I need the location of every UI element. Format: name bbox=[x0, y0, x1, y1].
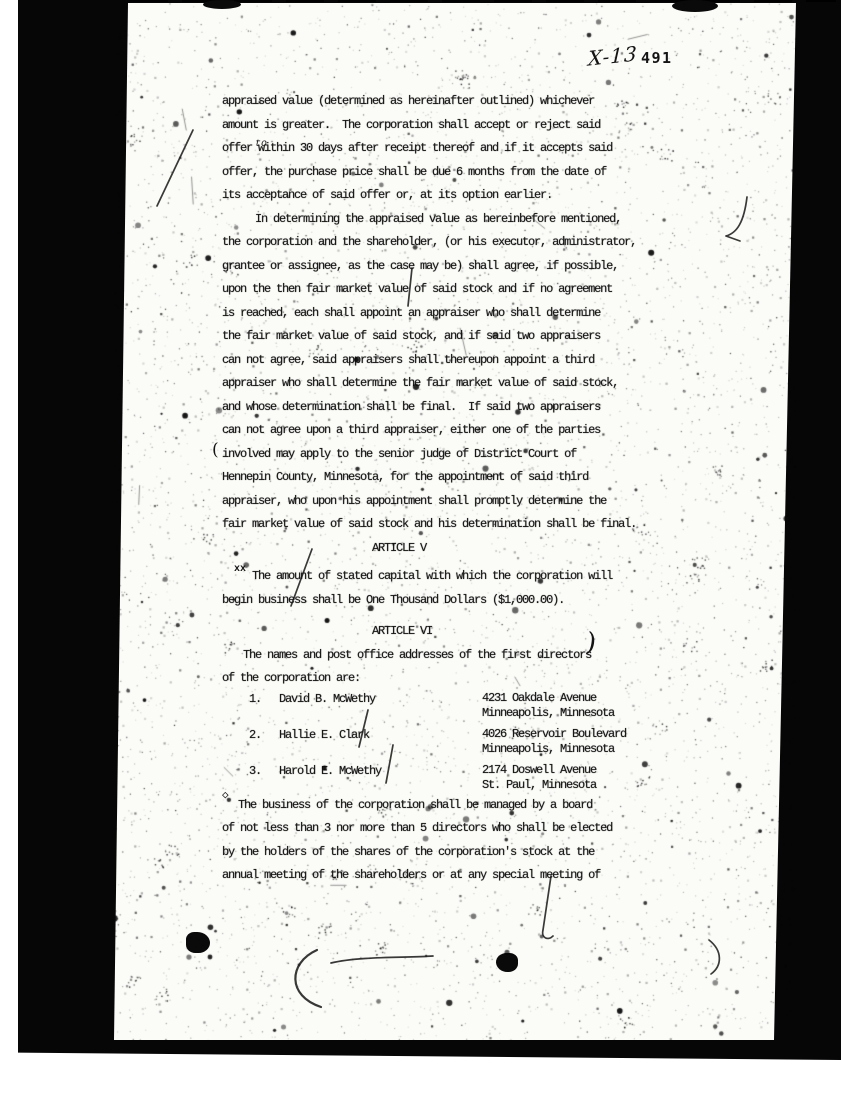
page-number-stamp: 491 bbox=[641, 49, 673, 67]
document-line: of the corporation are: bbox=[222, 667, 797, 691]
document-line: offer, the purchase price shall be due 6… bbox=[222, 161, 797, 185]
document-line: In determining the appraised value as he… bbox=[222, 208, 797, 232]
document-line: of not less than 3 nor more than 5 direc… bbox=[222, 817, 797, 841]
article-v-heading: ARTICLE V bbox=[222, 537, 797, 561]
document-line: fair market value of said stock and his … bbox=[222, 513, 797, 537]
director-number: 3. bbox=[249, 764, 261, 779]
overtype-strike: xx bbox=[234, 564, 246, 575]
document-line: begin business shall be One Thousand Dol… bbox=[222, 589, 797, 613]
document-line: the fair market value of said stock, and… bbox=[222, 325, 797, 349]
document-line: The names and post office addresses of t… bbox=[222, 644, 797, 668]
director-number: 2. bbox=[249, 728, 261, 743]
document-line: can not agree, said appraisers shall the… bbox=[222, 349, 797, 373]
scan-artifact-blob bbox=[203, 0, 241, 9]
director-row: 1. David B. McWethy 4231 Oakdale Avenue … bbox=[222, 691, 797, 727]
document-line: by the holders of the shares of the corp… bbox=[222, 841, 797, 865]
document-line: Hennepin County, Minnesota, for the appo… bbox=[222, 466, 797, 490]
document-line: appraised value (determined as hereinaft… bbox=[222, 90, 797, 114]
document-line: upon the then fair market value of said … bbox=[222, 278, 797, 302]
director-address: Minneapolis, Minnesota bbox=[482, 742, 614, 757]
document-line: and whose determination shall be final. … bbox=[222, 396, 797, 420]
director-row: 3. Harold E. McWethy 2174 Doswell Avenue… bbox=[222, 763, 797, 799]
director-row: 2. Hallie E. Clark 4026 Reservoir Boulev… bbox=[222, 727, 797, 763]
director-address: St. Paul, Minnesota bbox=[482, 778, 596, 793]
scan-artifact-blob bbox=[496, 953, 518, 972]
margin-diamond-mark: ◇ bbox=[222, 788, 229, 802]
document-line: appraiser who shall determine the fair m… bbox=[222, 372, 797, 396]
typewritten-content: appraised value (determined as hereinaft… bbox=[222, 90, 797, 888]
director-number: 1. bbox=[249, 692, 261, 707]
document-line: amount is greater. The corporation shall… bbox=[222, 114, 797, 138]
director-name: Hallie E. Clark bbox=[279, 728, 369, 743]
director-address: 2174 Doswell Avenue bbox=[482, 763, 596, 778]
document-line: offer within 30 days after receipt there… bbox=[222, 137, 797, 161]
director-name: Harold E. McWethy bbox=[279, 764, 381, 779]
document-line: can not agree upon a third appraiser, ei… bbox=[222, 419, 797, 443]
director-address: 4026 Reservoir Boulevard bbox=[482, 727, 626, 742]
director-name: David B. McWethy bbox=[279, 692, 375, 707]
document-line: annual meeting of the shareholders or at… bbox=[222, 864, 797, 888]
document-line: involved may apply to the senior judge o… bbox=[222, 443, 797, 467]
document-line: the corporation and the shareholder, (or… bbox=[222, 231, 797, 255]
document-line: The amount of stated capital with which … bbox=[222, 565, 797, 589]
article-vi-heading: ARTICLE VI bbox=[222, 620, 797, 644]
document-page: appraised value (determined as hereinaft… bbox=[114, 3, 796, 1040]
document-line: grantee or assignee, as the case may be)… bbox=[222, 255, 797, 279]
document-line: its acceptance of said offer or, at its … bbox=[222, 184, 797, 208]
document-line: appraiser, who upon his appointment shal… bbox=[222, 490, 797, 514]
closing-paragraph: The business of the corporation shall be… bbox=[222, 794, 797, 888]
directors-list: 1. David B. McWethy 4231 Oakdale Avenue … bbox=[222, 691, 797, 799]
director-address: Minneapolis, Minnesota bbox=[482, 706, 614, 721]
scan-artifact-blob bbox=[186, 932, 210, 953]
scan-artifact-blob bbox=[672, 0, 718, 12]
document-line: is reached, each shall appoint an apprai… bbox=[222, 302, 797, 326]
overtype-correction: to bbox=[255, 139, 267, 150]
margin-paren-mark: ( bbox=[212, 440, 219, 460]
director-address: 4231 Oakdale Avenue bbox=[482, 691, 596, 706]
